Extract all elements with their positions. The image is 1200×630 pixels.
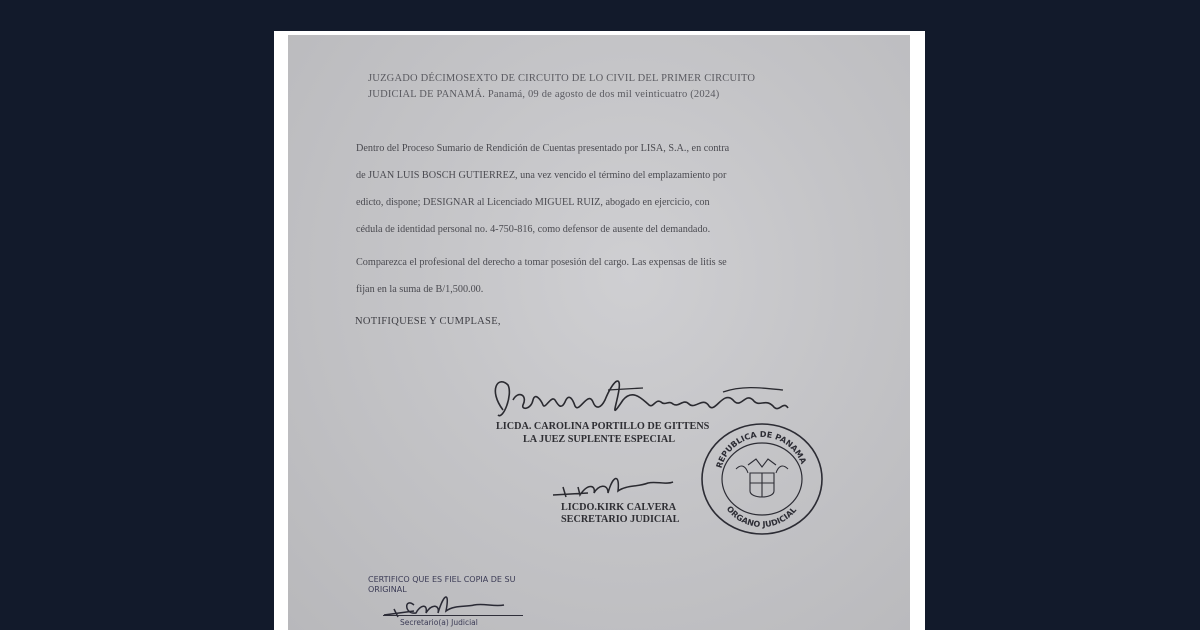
document-photo: JUZGADO DÉCIMOSEXTO DE CIRCUITO DE LO CI… [288,35,910,630]
paragraph-line: cédula de identidad personal no. 4-750-8… [356,216,826,243]
closing-formula: NOTIFIQUESE Y CUMPLASE, [355,316,501,327]
paragraph-line: de JUAN LUIS BOSCH GUTIERREZ, una vez ve… [356,162,826,189]
secretary-title: SECRETARIO JUDICIAL [561,514,679,526]
secretary-signature [548,465,678,505]
judge-name: LICDA. CAROLINA PORTILLO DE GITTENS [496,421,709,433]
certifier-signature [374,583,514,623]
judge-title: LA JUEZ SUPLENTE ESPECIAL [523,434,675,445]
header-line-2: JUDICIAL DE PANAMÁ. Panamá, 09 de agosto… [368,87,838,103]
paragraph-line: edicto, dispone; DESIGNAR al Licenciado … [356,189,826,216]
signature-line [383,615,523,616]
paragraph-line: fijan en la suma de B/1,500.00. [356,276,826,303]
paragraph-line: Comparezca el profesional del derecho a … [356,249,826,276]
paragraph-designation: Dentro del Proceso Sumario de Rendición … [356,135,826,243]
court-seal-icon: REPUBLICA DE PANAMA ORGANO JUDICIAL [698,417,826,537]
svg-text:REPUBLICA DE PANAMA: REPUBLICA DE PANAMA [715,430,809,469]
svg-text:ORGANO JUDICIAL: ORGANO JUDICIAL [725,504,799,529]
paragraph-line: Dentro del Proceso Sumario de Rendición … [356,135,826,162]
paragraph-expenses: Comparezca el profesional del derecho a … [356,249,826,303]
certifier-role: Secretario(a) Judicial [400,618,478,627]
document-header: JUZGADO DÉCIMOSEXTO DE CIRCUITO DE LO CI… [368,71,838,103]
court-document: JUZGADO DÉCIMOSEXTO DE CIRCUITO DE LO CI… [288,35,910,630]
header-line-1: JUZGADO DÉCIMOSEXTO DE CIRCUITO DE LO CI… [368,71,838,87]
secretary-block: LICDO.KIRK CALVERA SECRETARIO JUDICIAL [561,502,679,526]
secretary-name: LICDO.KIRK CALVERA [561,502,679,514]
